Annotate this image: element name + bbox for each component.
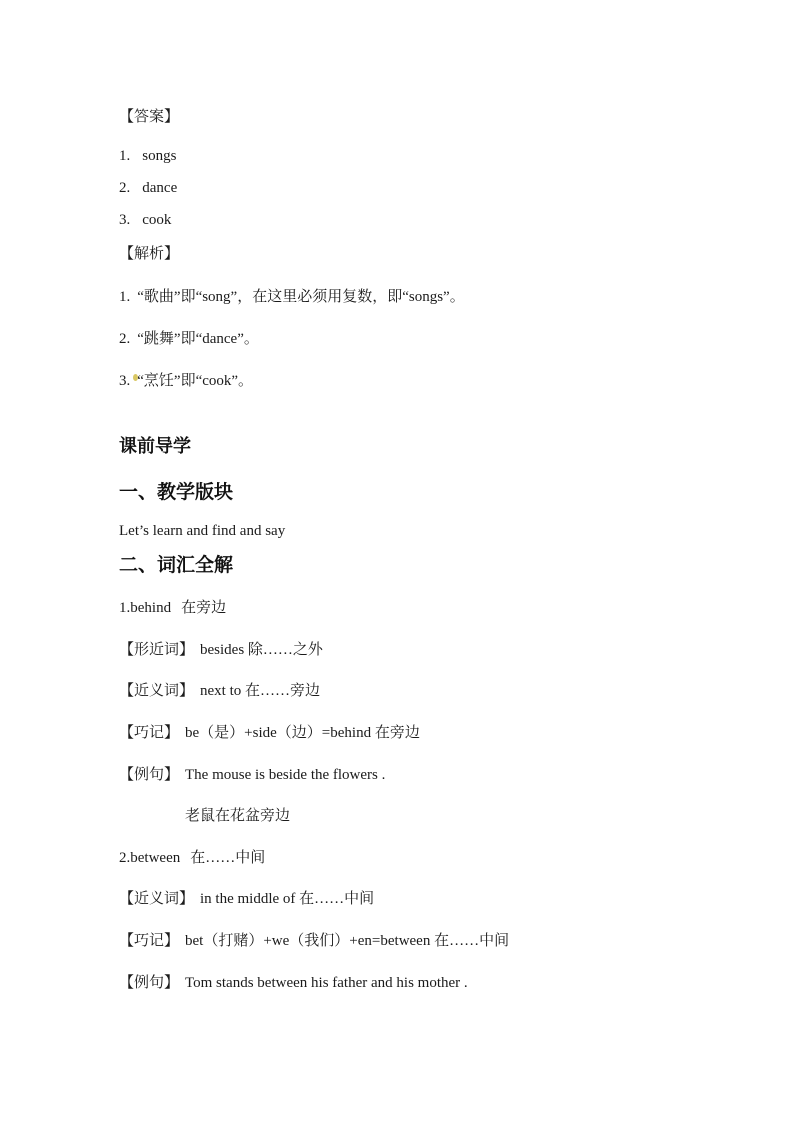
item-number: 2.	[119, 178, 130, 199]
vocab-label: 【近义词】	[119, 681, 194, 702]
item-text: dance	[142, 180, 177, 196]
answer-heading: 【答案】	[119, 107, 713, 128]
vocab-headword: 2.between在……中间	[119, 848, 713, 869]
analysis-item: 2.“跳舞”即“dance”。	[119, 329, 713, 350]
item-text: songs	[142, 148, 176, 164]
document-content: 【答案】 1.songs 2.dance 3.cook 【解析】 1.“歌曲”即…	[0, 0, 793, 994]
item-number: 3.	[119, 371, 130, 392]
analysis-heading: 【解析】	[119, 244, 713, 265]
vocab-text: next to 在……旁边	[200, 683, 320, 699]
item-text: “烹饪”即“cook”。	[137, 373, 253, 389]
vocab-text: besides 除……之外	[200, 642, 323, 658]
vocab-text: in the middle of 在……中间	[200, 891, 374, 907]
vocab-line-mnemonic: 【巧记】be（是）+side（边）=behind 在旁边	[119, 723, 713, 744]
headword-english: 2.between	[119, 848, 180, 869]
vocab-line-mnemonic: 【巧记】bet（打赌）+we（我们）+en=between 在……中间	[119, 931, 713, 952]
preview-section: 课前导学 一、教学版块 Let’s learn and find and say…	[119, 434, 713, 578]
item-number: 3.	[119, 210, 130, 231]
vocab-label: 【巧记】	[119, 723, 179, 744]
teaching-module-body: Let’s learn and find and say	[119, 521, 713, 542]
vocab-text: The mouse is beside the flowers .	[185, 767, 385, 783]
vocab-entry-behind: 1.behind在旁边 【形近词】besides 除……之外 【近义词】next…	[119, 598, 713, 827]
vocab-line-example: 【例句】The mouse is beside the flowers .	[119, 765, 713, 786]
vocab-label: 【巧记】	[119, 931, 179, 952]
item-text: “歌曲”即“song”，在这里必须用复数，即“songs”。	[137, 289, 464, 305]
answer-section: 【答案】 1.songs 2.dance 3.cook	[119, 107, 713, 231]
vocab-text: be（是）+side（边）=behind 在旁边	[185, 725, 420, 741]
vocab-text: bet（打赌）+we（我们）+en=between 在……中间	[185, 933, 509, 949]
item-number: 1.	[119, 146, 130, 167]
answer-item: 3.cook	[119, 210, 713, 231]
example-translation: 老鼠在花盆旁边	[185, 806, 713, 827]
preview-title: 课前导学	[119, 434, 713, 458]
vocab-entry-between: 2.between在……中间 【近义词】in the middle of 在………	[119, 848, 713, 994]
vocab-line-example: 【例句】Tom stands between his father and hi…	[119, 973, 713, 994]
analysis-item: 3.“烹饪”即“cook”。	[119, 371, 713, 392]
vocab-label: 【例句】	[119, 765, 179, 786]
headword-chinese: 在旁边	[181, 600, 226, 616]
item-text: “跳舞”即“dance”。	[137, 331, 259, 347]
teaching-module-heading: 一、教学版块	[119, 481, 713, 505]
yellow-dot-artifact	[133, 374, 138, 381]
headword-english: 1.behind	[119, 598, 171, 619]
vocab-label: 【例句】	[119, 973, 179, 994]
analysis-section: 【解析】 1.“歌曲”即“song”，在这里必须用复数，即“songs”。 2.…	[119, 244, 713, 392]
vocab-label: 【形近词】	[119, 640, 194, 661]
vocab-label: 【近义词】	[119, 889, 194, 910]
vocabulary-heading: 二、词汇全解	[119, 554, 713, 578]
vocab-line-synonym: 【近义词】in the middle of 在……中间	[119, 889, 713, 910]
vocab-headword: 1.behind在旁边	[119, 598, 713, 619]
analysis-item: 1.“歌曲”即“song”，在这里必须用复数，即“songs”。	[119, 287, 713, 308]
document-page: 【答案】 1.songs 2.dance 3.cook 【解析】 1.“歌曲”即…	[0, 0, 793, 1122]
item-text: cook	[142, 212, 171, 228]
vocab-line-synonym: 【近义词】next to 在……旁边	[119, 681, 713, 702]
answer-item: 1.songs	[119, 146, 713, 167]
vocab-text: Tom stands between his father and his mo…	[185, 975, 468, 991]
item-number: 2.	[119, 329, 130, 350]
vocab-line-similar-form: 【形近词】besides 除……之外	[119, 640, 713, 661]
answer-item: 2.dance	[119, 178, 713, 199]
item-number: 1.	[119, 287, 130, 308]
headword-chinese: 在……中间	[190, 850, 265, 866]
